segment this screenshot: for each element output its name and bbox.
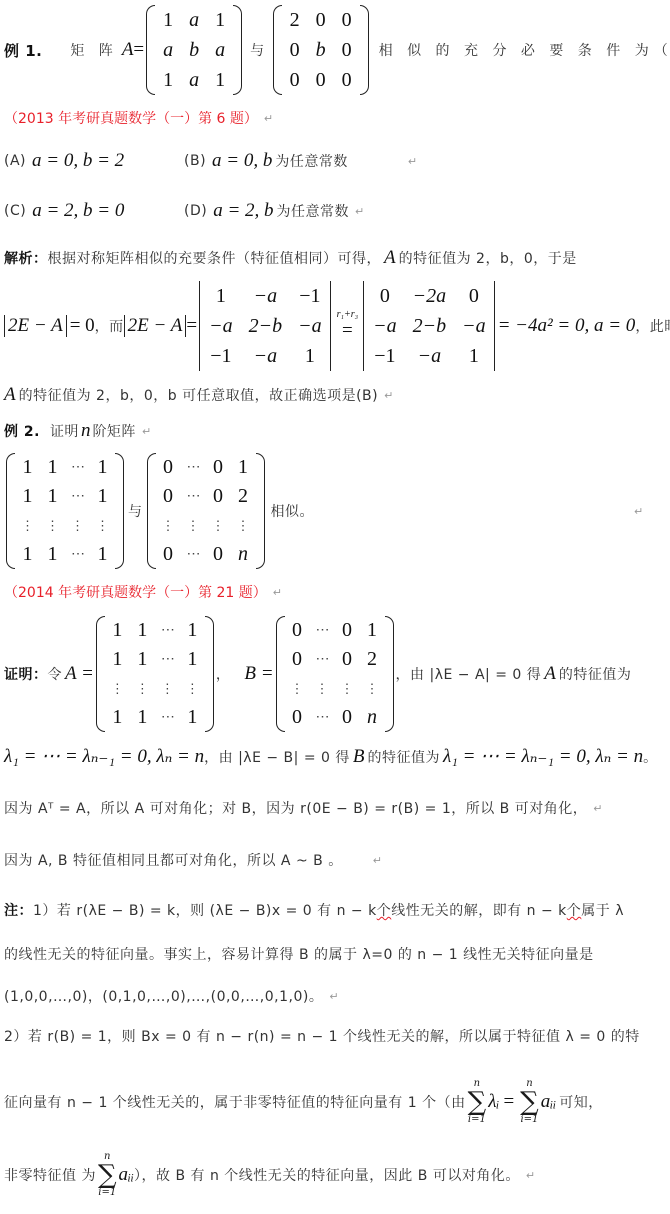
matrix-cell: 1 xyxy=(454,341,494,371)
matrix-cell: 1 xyxy=(40,453,65,482)
matrix-cell: 0 xyxy=(282,65,308,95)
proof-line-2: λ₁ = ⋯ = λₙ₋₁ = 0, λₙ = n ，由 |λE − B| = … xyxy=(4,745,658,768)
var-A: A xyxy=(4,384,16,406)
option-label: (A) xyxy=(4,153,26,169)
matrix-cell: 0 xyxy=(285,703,310,732)
matrix-cell: 0 xyxy=(454,281,494,311)
matrix-cell: ⋯ xyxy=(310,616,335,645)
example1-question: 相 似 的 充 分 必 要 条 件 为（ xyxy=(379,40,670,60)
paragraph-mark-icon: ↵ xyxy=(273,586,282,599)
proof-line-3: 因为 Aᵀ = A，所以 A 可对角化；对 B，因为 r(0E − B) = r… xyxy=(4,798,602,818)
matrix-cell: ⋮ xyxy=(155,674,180,703)
matrix-cell: ⋯ xyxy=(181,482,206,511)
matrix-cell: ⋮ xyxy=(65,511,90,540)
proof-text: 令 xyxy=(48,664,63,684)
equals-sign: = xyxy=(503,1091,514,1113)
matrix-cell: 0 xyxy=(282,35,308,65)
matrix-cell: ⋮ xyxy=(181,511,206,540)
matrix-cell: 0 xyxy=(285,616,310,645)
matrix-cell: 1 xyxy=(207,5,233,35)
matrix-cell: −a xyxy=(405,341,455,371)
source-citation: （2014 年考研真题数学（一）第 21 题） xyxy=(4,582,267,602)
note-text: 1）若 r(λE − B) = k，则 (λE − B)x = 0 有 n − … xyxy=(33,900,377,920)
matrix-cell: 0 xyxy=(156,453,181,482)
option-text: 为任意常数 xyxy=(277,201,350,221)
matrix-cell: 0 xyxy=(206,482,231,511)
matrix-cell: ⋮ xyxy=(335,674,360,703)
matrix-cell: −a xyxy=(290,311,330,341)
proof-text: ，由 |λE − A| = 0 得 xyxy=(396,664,542,684)
matrix-cell: 1 xyxy=(155,65,181,95)
var-B: B xyxy=(353,746,365,768)
matrix-cell: 1 xyxy=(105,645,130,674)
example1-statement: 例 1. 矩 阵 A = 1a1aba1a1 与 2000b0000 相 似 的… xyxy=(4,4,670,96)
matrix-cell: 0 xyxy=(285,645,310,674)
options-row-2: (C) a = 2, b = 0 (D) a = 2, b 为任意常数 ↵ xyxy=(4,200,364,222)
period: 。 xyxy=(643,747,658,767)
lambda-i: λᵢ xyxy=(488,1091,499,1113)
matrix-cell: 1 xyxy=(290,341,330,371)
paragraph-mark-icon: ↵ xyxy=(373,854,382,867)
note-text: ），故 B 有 n 个线性无关的特征向量，因此 B 可以对角化。 xyxy=(134,1165,520,1185)
matrix-A-ones: 11⋯111⋯1⋮⋮⋮⋮11⋯1 xyxy=(96,616,214,732)
example2-label: 例 2. xyxy=(4,421,40,441)
proof-line-4: 因为 A, B 特征值相同且都可对角化，所以 A ~ B 。 ↵ xyxy=(4,850,382,870)
sum-lower: i=1 xyxy=(520,1115,538,1125)
option-math: a = 2, b = 0 xyxy=(32,200,124,222)
paragraph-mark-icon: ↵ xyxy=(329,990,338,1003)
matrix-cell: 0 xyxy=(335,645,360,674)
example1-source: （2013 年考研真题数学（一）第 6 题） ↵ xyxy=(4,108,273,128)
matrix-cell: 0 xyxy=(334,35,360,65)
note-line-3: (1,0,0,…,0)，(0,1,0,…,0),…,(0,0,…,0,1,0)。… xyxy=(4,986,339,1006)
analysis-line-3: A 的特征值为 2，b，0，b 可任意取值，故正确选项是(B) ↵ xyxy=(4,384,393,406)
proof-line-1: 证明： 令 A = 11⋯111⋯1⋮⋮⋮⋮11⋯1 ， B = 0⋯010⋯0… xyxy=(4,618,631,730)
option-a: (A) a = 0, b = 2 xyxy=(4,150,184,172)
option-math: a = 2, b xyxy=(213,200,273,222)
matrix-cell: ⋮ xyxy=(231,511,256,540)
matrix-cell: 0 xyxy=(156,540,181,569)
matrix-cell: a xyxy=(181,65,207,95)
matrix-cell: a xyxy=(155,35,181,65)
spellcheck-underlined-word: 个 xyxy=(377,900,392,920)
matrix-cell: 2 xyxy=(231,482,256,511)
matrix-cell: ⋮ xyxy=(40,511,65,540)
matrix-cell: 2 xyxy=(360,645,385,674)
matrix-cell: ⋯ xyxy=(155,645,180,674)
proof-label: 证明： xyxy=(4,664,48,684)
example2-source: （2014 年考研真题数学（一）第 21 题） ↵ xyxy=(4,582,282,602)
matrix-cell: 1 xyxy=(130,616,155,645)
matrix-cell: −a xyxy=(241,281,291,311)
equals-zero: = 0 xyxy=(70,315,95,337)
matrix-cell: −1 xyxy=(365,341,405,371)
matrix-cell: −a xyxy=(241,341,291,371)
det-result: = −4a² = 0, a = 0 xyxy=(498,315,636,337)
matrix-cell: ⋮ xyxy=(156,511,181,540)
matrix-cell: 1 xyxy=(180,703,205,732)
matrix-cell: 1 xyxy=(90,453,115,482)
matrix-cell: ⋯ xyxy=(155,616,180,645)
analysis-conclusion: 的特征值为 2，b，0，b 可任意取值，故正确选项是(B) xyxy=(19,385,379,405)
analysis-line-1: 解析： 根据对称矩阵相似的充要条件（特征值相同）可得， A 的特征值为 2，b，… xyxy=(4,247,577,269)
matrix-cell: ⋯ xyxy=(181,540,206,569)
matrix-cell: ⋯ xyxy=(310,645,335,674)
determinant-2: 0−2a0−a2−b−a−1−a1 xyxy=(363,281,496,371)
matrix-cell: 1 xyxy=(207,65,233,95)
matrix-cell: 1 xyxy=(90,540,115,569)
A-equals: A = xyxy=(65,663,94,685)
matrix-cell: ⋯ xyxy=(65,482,90,511)
matrix-cell: 1 xyxy=(180,645,205,674)
paragraph-mark-icon: ↵ xyxy=(526,1169,535,1182)
eigenvalues-A: λ₁ = ⋯ = λₙ₋₁ = 0, λₙ = n xyxy=(4,745,204,768)
row-op-label: r₁+r₃ xyxy=(337,310,358,320)
matrix-cell: ⋯ xyxy=(181,453,206,482)
paragraph-mark-icon: ↵ xyxy=(408,155,417,168)
matrix-cell: a xyxy=(207,35,233,65)
matrix-cell: 0 xyxy=(334,65,360,95)
matrix-cell: ⋮ xyxy=(180,674,205,703)
option-label: (D) xyxy=(184,203,207,219)
conj-with: 与 xyxy=(128,501,143,521)
matrix-cell: 0 xyxy=(365,281,405,311)
matrix-cell: 1 xyxy=(40,482,65,511)
a-ii: aᵢᵢ xyxy=(541,1091,557,1113)
example1-label: 例 1. xyxy=(4,40,42,61)
note-text: 可知， xyxy=(559,1092,603,1112)
matrix-cell: 2−b xyxy=(405,311,455,341)
matrix-cell: −1 xyxy=(201,341,241,371)
note-label: 注： xyxy=(4,900,33,920)
analysis-label: 解析： xyxy=(4,248,48,268)
matrix-cell: ⋮ xyxy=(15,511,40,540)
matrix-cell: n xyxy=(231,540,256,569)
paragraph-mark-icon: ↵ xyxy=(355,205,364,218)
analysis-determinant: 2E − A = 0 ，而 2E − A = 1−a−1−a2−b−a−1−a1… xyxy=(4,283,670,369)
note-line-2: 的线性无关的特征向量。事实上，容易计算得 B 的属于 λ=0 的 n − 1 线… xyxy=(4,944,594,964)
option-text: 为任意常数 xyxy=(275,151,348,171)
option-math: a = 0, b xyxy=(212,150,272,172)
matrix-cell: 1 xyxy=(105,703,130,732)
proof-conclusion: 因为 A, B 特征值相同且都可对角化，所以 A ~ B 。 xyxy=(4,850,343,870)
sum-lower: i=1 xyxy=(468,1115,486,1125)
matrix-cell: 1 xyxy=(90,482,115,511)
analysis-text: ，此时 xyxy=(635,316,670,336)
proof-diagonalizable: 因为 Aᵀ = A，所以 A 可对角化；对 B，因为 r(0E − B) = r… xyxy=(4,798,587,818)
matrix-cell: 0 xyxy=(335,703,360,732)
matrix-cell: ⋮ xyxy=(206,511,231,540)
matrix-cell: −a xyxy=(454,311,494,341)
matrix-cell: 0 xyxy=(308,5,334,35)
option-c: (C) a = 2, b = 0 xyxy=(4,200,184,222)
var-A: A xyxy=(384,247,396,269)
matrix-cell: 1 xyxy=(15,453,40,482)
matrix-B: 0⋯010⋯02⋮⋮⋮⋮0⋯0n xyxy=(147,453,265,569)
matrix-cell: ⋯ xyxy=(65,540,90,569)
conj-with: 与 xyxy=(250,40,265,60)
matrix-cell: 1 xyxy=(155,5,181,35)
option-label: (B) xyxy=(184,153,206,169)
matrix-cell: −a xyxy=(365,311,405,341)
summation-lambda: n ∑ i=1 xyxy=(468,1079,487,1125)
matrix-cell: ⋯ xyxy=(65,453,90,482)
example2-statement: 例 2. 证明 n 阶矩阵 ↵ xyxy=(4,420,151,442)
note-p2-line-3: 非零特征值 为 n ∑ i=1 aᵢᵢ ），故 B 有 n 个线性无关的特征向量… xyxy=(4,1150,535,1200)
matrix-A: 1a1aba1a1 xyxy=(146,5,242,95)
matrix-cell: 1 xyxy=(15,482,40,511)
matrix-cell: 0 xyxy=(156,482,181,511)
determinant-1: 1−a−1−a2−b−a−1−a1 xyxy=(199,281,332,371)
option-math: a = 0, b = 2 xyxy=(32,150,124,172)
proof-text: 的特征值为 xyxy=(559,664,632,684)
matrix-cell: ⋮ xyxy=(105,674,130,703)
matrix-cell: ⋯ xyxy=(155,703,180,732)
matrix-cell: ⋮ xyxy=(285,674,310,703)
matrix-B-diag: 0⋯010⋯02⋮⋮⋮⋮0⋯0n xyxy=(276,616,394,732)
matrix-cell: ⋮ xyxy=(90,511,115,540)
example2-text: 证明 xyxy=(50,421,79,441)
matrix-cell: 1 xyxy=(180,616,205,645)
paragraph-mark-icon: ↵ xyxy=(264,112,273,125)
options-row-1: (A) a = 0, b = 2 (B) a = 0, b 为任意常数 ↵ xyxy=(4,150,417,172)
matrix-cell: 0 xyxy=(308,65,334,95)
matrix-cell: b xyxy=(181,35,207,65)
matrix-cell: 1 xyxy=(15,540,40,569)
matrix-cell: b xyxy=(308,35,334,65)
matrix-cell: −2a xyxy=(405,281,455,311)
matrix-cell: 1 xyxy=(40,540,65,569)
matrix-cell: a xyxy=(181,5,207,35)
matrix-cell: n xyxy=(360,703,385,732)
var-n: n xyxy=(81,420,91,442)
matrix-cell: ⋮ xyxy=(310,674,335,703)
a-ii: aᵢᵢ xyxy=(119,1164,135,1186)
conj-while: ，而 xyxy=(95,316,124,336)
matrix-cell: ⋮ xyxy=(130,674,155,703)
spellcheck-underlined-word: 个 xyxy=(567,900,582,920)
var-A: A xyxy=(544,663,556,685)
matrix-cell: 2 xyxy=(282,5,308,35)
abs-2E-A: 2E − A xyxy=(124,315,187,337)
example2-similar: 相似。 xyxy=(271,501,315,521)
option-b: (B) a = 0, b 为任意常数 ↵ xyxy=(184,150,417,172)
note-text: 线性无关的解，即有 n − k xyxy=(391,900,567,920)
paragraph-mark-icon: ↵ xyxy=(593,802,602,815)
matrix-cell: ⋯ xyxy=(310,703,335,732)
row-operation: r₁+r₃ = xyxy=(337,310,358,342)
matrix-cell: 0 xyxy=(206,540,231,569)
matrix-diag: 2000b0000 xyxy=(273,5,369,95)
matrix-all-ones: 11⋯111⋯1⋮⋮⋮⋮11⋯1 xyxy=(6,453,124,569)
example2-matrices: 11⋯111⋯1⋮⋮⋮⋮11⋯1 与 0⋯010⋯02⋮⋮⋮⋮0⋯0n 相似。 … xyxy=(4,452,643,570)
matrix-cell: 0 xyxy=(335,616,360,645)
option-label: (C) xyxy=(4,203,26,219)
matrix-cell: 1 xyxy=(231,453,256,482)
note-text: 2）若 r(B) = 1，则 Bx = 0 有 n − r(n) = n − 1… xyxy=(4,1026,640,1046)
note-text: 征向量有 n − 1 个线性无关的，属于非零特征值的特征向量有 1 个（由 xyxy=(4,1092,466,1112)
note-text: 属于 λ xyxy=(581,900,624,920)
paragraph-mark-icon: ↵ xyxy=(634,505,643,518)
matrix-cell: 2−b xyxy=(241,311,291,341)
matrix-cell: 1 xyxy=(360,616,385,645)
comma: ， xyxy=(216,664,231,684)
note-text: 的线性无关的特征向量。事实上，容易计算得 B 的属于 λ=0 的 n − 1 线… xyxy=(4,944,594,964)
paragraph-mark-icon: ↵ xyxy=(142,425,151,438)
note-line-1: 注： 1）若 r(λE − B) = k，则 (λE − B)x = 0 有 n… xyxy=(4,900,624,920)
matrix-cell: −a xyxy=(201,311,241,341)
analysis-text: 的特征值为 2，b，0，于是 xyxy=(399,248,577,268)
note-text: 非零特征值 为 xyxy=(4,1165,96,1185)
source-citation: （2013 年考研真题数学（一）第 6 题） xyxy=(4,108,258,128)
proof-text: ，由 |λE − B| = 0 得 xyxy=(204,747,350,767)
matrix-name-A: A xyxy=(122,39,134,61)
matrix-cell: 1 xyxy=(130,645,155,674)
note-p2-line-1: 2）若 r(B) = 1，则 Bx = 0 有 n − r(n) = n − 1… xyxy=(4,1026,640,1046)
eigenvalues-B: λ₁ = ⋯ = λₙ₋₁ = 0, λₙ = n xyxy=(443,745,643,768)
note-p2-line-2: 征向量有 n − 1 个线性无关的，属于非零特征值的特征向量有 1 个（由 n … xyxy=(4,1078,603,1126)
matrix-cell: 1 xyxy=(201,281,241,311)
eigenvector-list: (1,0,0,…,0)，(0,1,0,…,0),…,(0,0,…,0,1,0)。 xyxy=(4,986,323,1006)
example1-intro: 矩 阵 xyxy=(70,40,117,60)
matrix-cell: 0 xyxy=(334,5,360,35)
option-d: (D) a = 2, b 为任意常数 ↵ xyxy=(184,200,364,222)
matrix-cell: 1 xyxy=(130,703,155,732)
matrix-cell: 0 xyxy=(206,453,231,482)
abs-2E-A: 2E − A xyxy=(4,315,67,337)
analysis-text: 根据对称矩阵相似的充要条件（特征值相同）可得， xyxy=(48,248,382,268)
summation-aii: n ∑ i=1 xyxy=(520,1079,539,1125)
paragraph-mark-icon: ↵ xyxy=(384,389,393,402)
sum-lower: i=1 xyxy=(98,1188,116,1198)
matrix-cell: 1 xyxy=(105,616,130,645)
example2-text: 阶矩阵 xyxy=(92,421,136,441)
matrix-cell: −1 xyxy=(290,281,330,311)
matrix-cell: ⋮ xyxy=(360,674,385,703)
equals-sign: = xyxy=(133,39,144,61)
summation-aii: n ∑ i=1 xyxy=(98,1152,117,1198)
B-equals: B = xyxy=(244,663,273,685)
proof-text: 的特征值为 xyxy=(367,747,440,767)
